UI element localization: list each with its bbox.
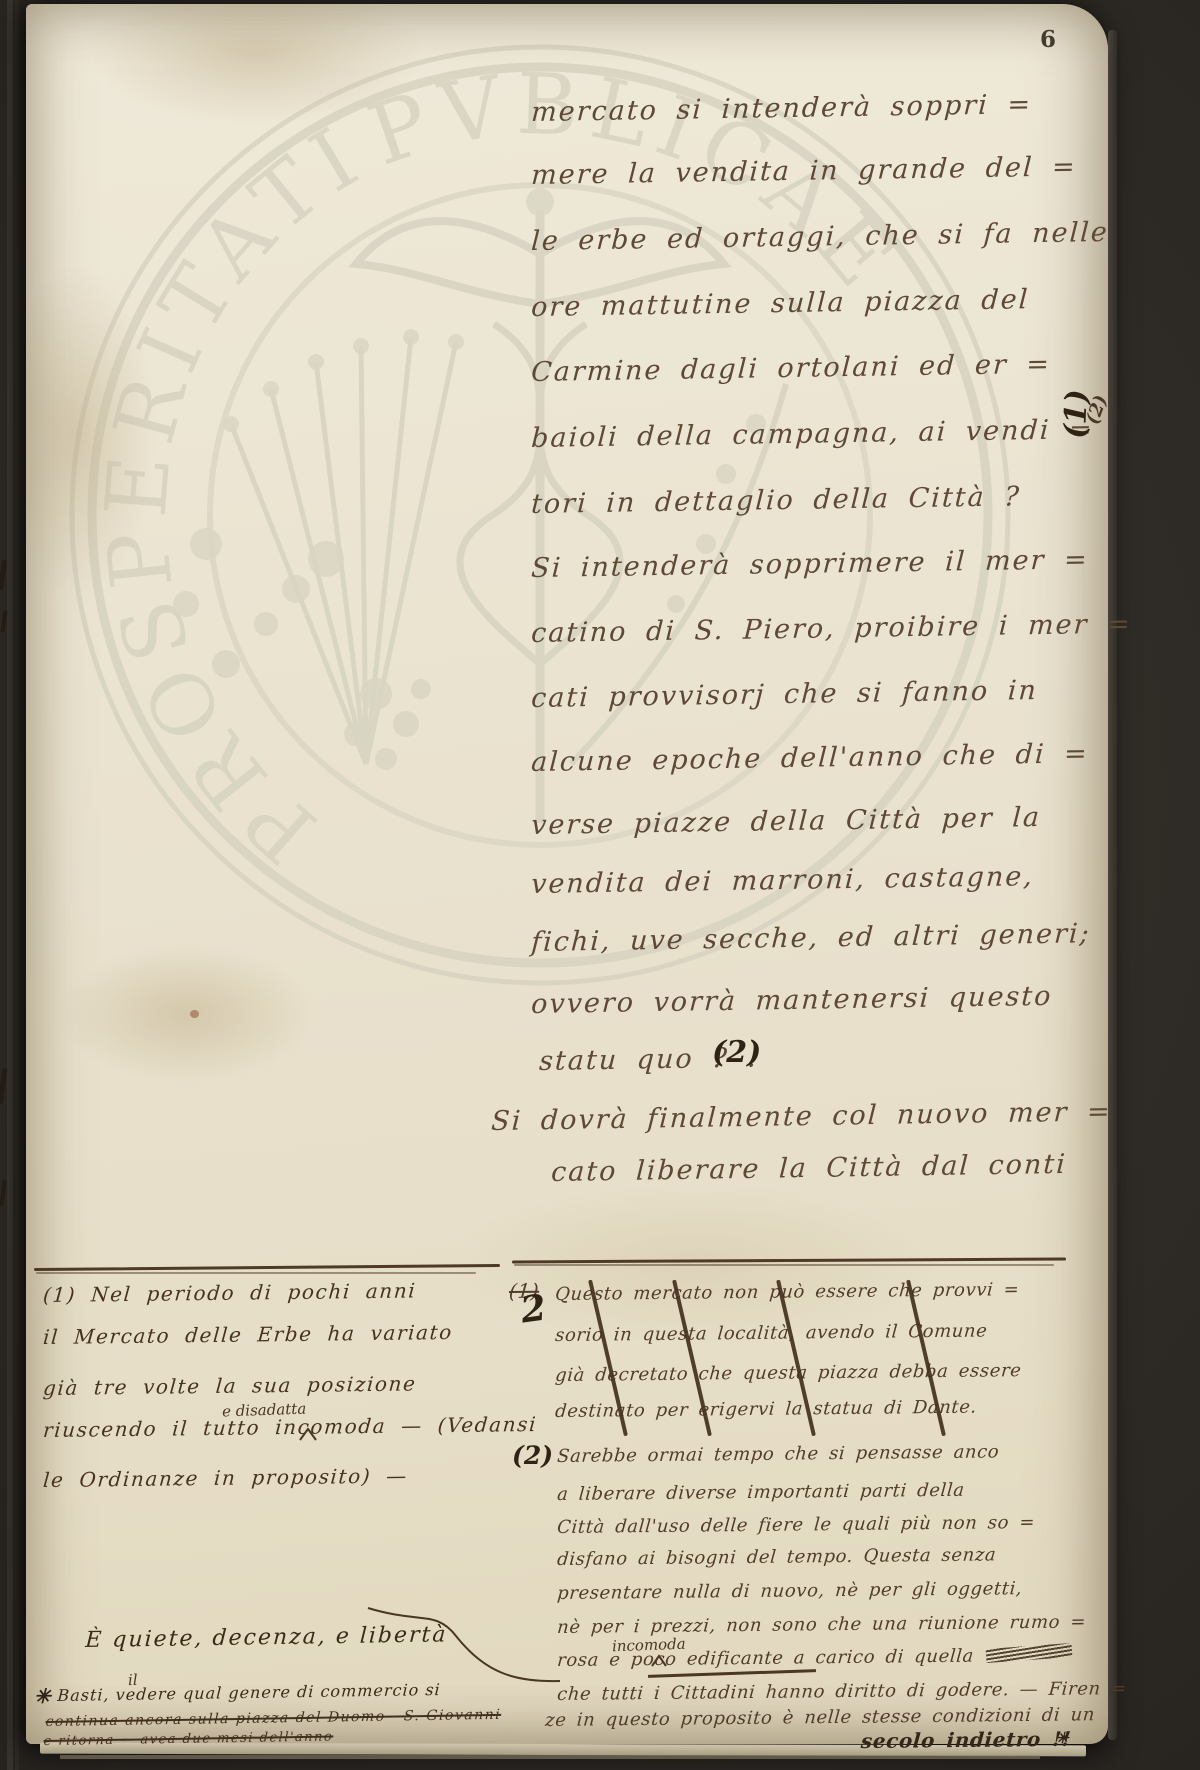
scan-backdrop: PROSPERITATI PVBLICAE 6 (1) (2) (2) (1) … bbox=[0, 0, 1200, 1770]
pen-flourish bbox=[0, 0, 1200, 1770]
